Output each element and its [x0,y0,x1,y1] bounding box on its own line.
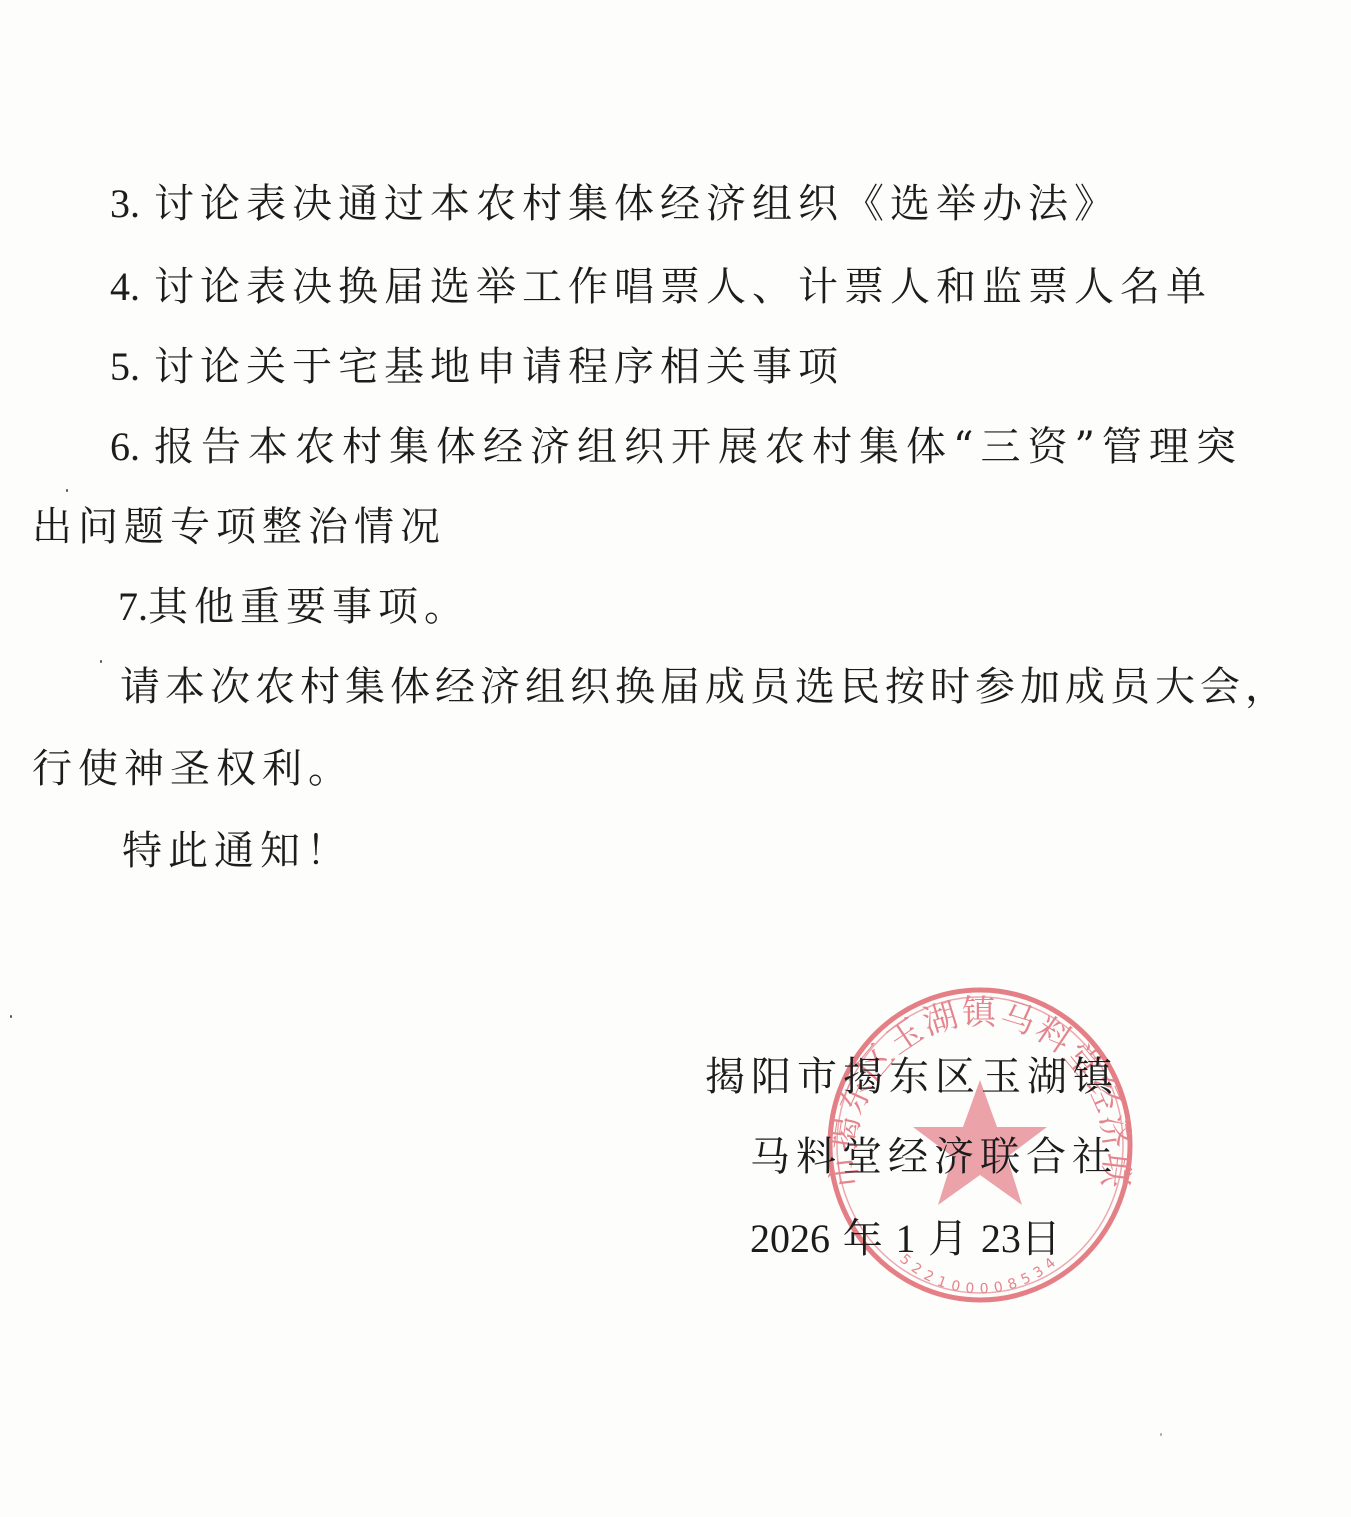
agenda-item-3: 3.讨论表决通过本农村集体经济组织《选举办法》 [110,180,1120,228]
date-year: 2026 [750,1216,830,1261]
scan-speck [100,660,102,663]
signature-org-line-1: 揭阳市揭东区玉湖镇 [705,1053,1119,1101]
item-number: 6. [110,424,140,469]
date-day-unit: 日 [1021,1216,1061,1262]
item-number: 3. [110,181,140,226]
org-name-line-1: 揭阳市揭东区玉湖镇 [705,1054,1119,1100]
item-text-continuation: 出问题专项整治情况 [32,504,446,550]
document-page: 3.讨论表决通过本农村集体经济组织《选举办法》 4.讨论表决换届选举工作唱票人、… [0,0,1351,1517]
item-number: 4. [110,264,140,309]
date-month-unit: 月 [928,1216,968,1262]
item-text: 其他重要事项。 [148,584,470,630]
closing-text: 行使神圣权利。 [32,746,354,792]
item-text: 讨论关于宅基地申请程序相关事项 [154,344,844,390]
closing-paragraph-line-1: 请本次农村集体经济组织换届成员选民按时参加成员大会， [120,663,1290,711]
item-text: 讨论表决通过本农村集体经济组织《选举办法》 [154,181,1120,227]
agenda-item-6: 6.报告本农村集体经济组织开展农村集体“三资”管理突 [110,423,1243,471]
org-name-line-2: 马料堂经济联合社 [750,1134,1118,1180]
notice-end-text: 特此通知！ [122,828,352,874]
scan-speck [66,489,68,492]
agenda-item-5: 5.讨论关于宅基地申请程序相关事项 [110,343,844,391]
closing-text: 请本次农村集体经济组织换届成员选民按时参加成员大会， [120,664,1290,710]
signature-date: 2026 年 1 月 23日 [750,1215,1061,1263]
item-number: 7. [118,584,148,629]
closing-paragraph-line-2: 行使神圣权利。 [32,745,354,793]
date-year-unit: 年 [843,1216,883,1262]
item-text: 报告本农村集体经济组织开展农村集体“三资”管理突 [154,424,1243,470]
date-month: 1 [895,1216,915,1261]
scan-speck [1160,1433,1162,1436]
date-day: 23 [981,1216,1021,1261]
agenda-item-6-continuation: 出问题专项整治情况 [32,503,446,551]
item-number: 5. [110,344,140,389]
notice-end: 特此通知！ [122,827,352,875]
agenda-item-7: 7.其他重要事项。 [118,583,470,631]
signature-org-line-2: 马料堂经济联合社 [750,1133,1118,1181]
item-text: 讨论表决换届选举工作唱票人、计票人和监票人名单 [154,264,1212,310]
agenda-item-4: 4.讨论表决换届选举工作唱票人、计票人和监票人名单 [110,263,1212,311]
scan-speck [10,1015,12,1018]
